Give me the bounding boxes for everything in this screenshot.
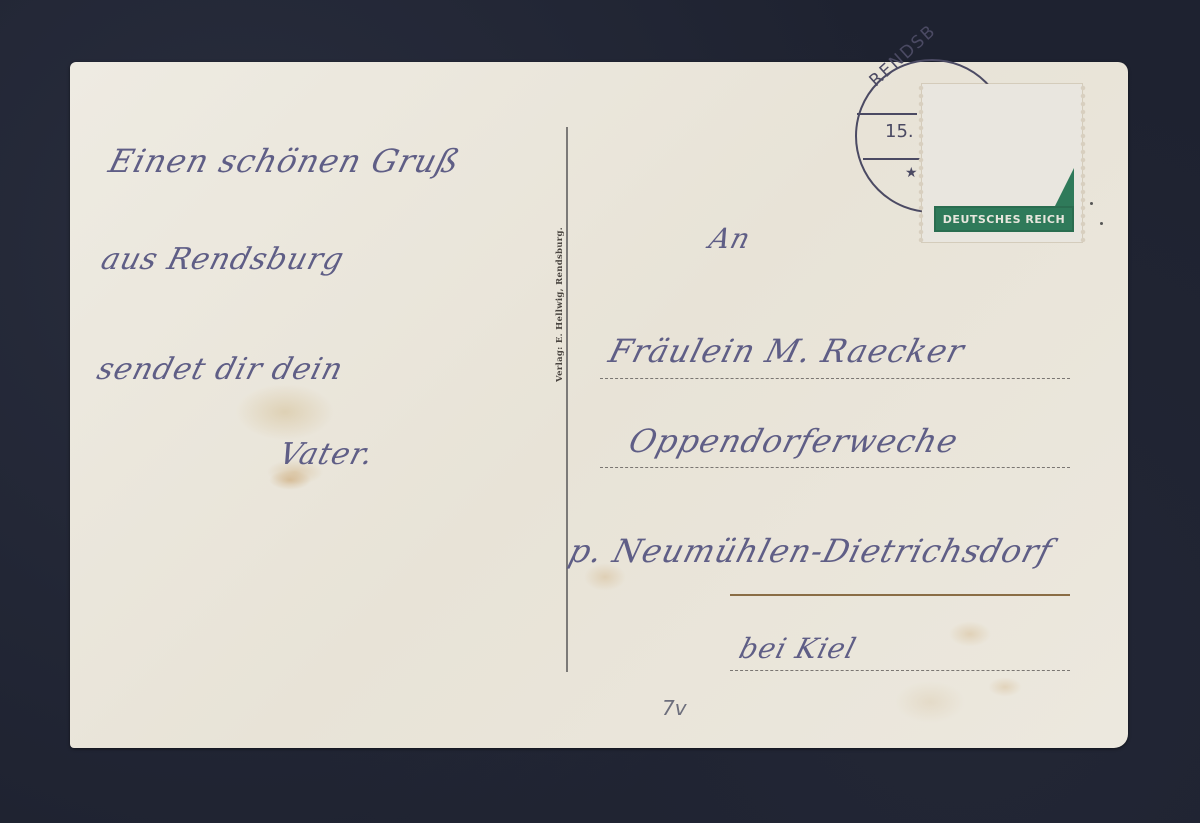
- card-divider: [566, 127, 568, 672]
- postmark-date: 15.: [885, 121, 914, 142]
- message-line-1: Einen schönen Gruß: [105, 142, 464, 180]
- postage-stamp: DEUTSCHES REICH: [922, 84, 1082, 242]
- address-rule-2: [600, 467, 1070, 468]
- postmark-bar-bottom: [863, 158, 923, 160]
- address-rule-3: [730, 594, 1070, 596]
- address-line-2: Fräulein M. Raecker: [605, 332, 969, 370]
- address-rule-4: [730, 670, 1070, 671]
- stamp-label-band: DEUTSCHES REICH: [934, 206, 1074, 232]
- message-line-4: Vater.: [275, 437, 378, 472]
- postmark-bar-top: [857, 113, 917, 115]
- stamp-text: DEUTSCHES REICH: [943, 213, 1065, 226]
- postcard: Einen schönen Gruß aus Rendsburg sendet …: [70, 62, 1128, 748]
- address-rule-1: [600, 378, 1070, 379]
- message-line-2: aus Rendsburg: [97, 242, 348, 277]
- publisher-imprint: Verlag: E. Hellwig, Rendsburg.: [555, 227, 565, 382]
- message-line-3: sendet dir dein: [93, 352, 347, 387]
- address-line-5: bei Kiel: [736, 632, 861, 665]
- speck: [1100, 222, 1103, 225]
- postmark-star-icon: ★: [905, 165, 918, 181]
- speck: [1090, 202, 1093, 205]
- address-line-1: An: [706, 222, 755, 255]
- address-line-3: Oppendorferweche: [625, 422, 963, 460]
- pencil-note: 7v: [662, 696, 687, 720]
- postmark-town: RENDSB: [866, 21, 941, 91]
- address-line-4: p. Neumühlen-Dietrichsdorf: [565, 532, 1057, 570]
